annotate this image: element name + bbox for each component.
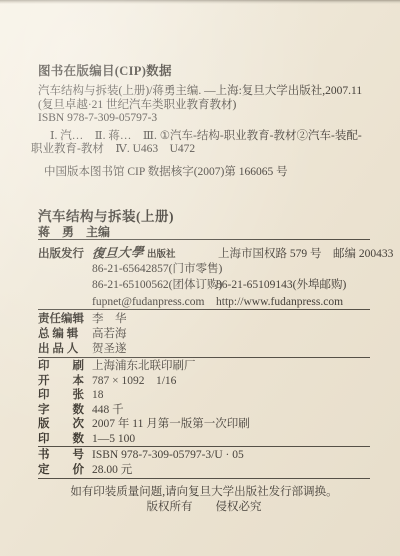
cip-entry-isbn: ISBN 978-7-309-05797-3 [38, 112, 370, 126]
footer: 如有印装质量问题,请向复旦大学出版社发行部调换。 版权所有 侵权必究 [38, 485, 370, 515]
staff-row: 总 编 辑高若海 [38, 327, 370, 342]
cip-entry-line2: (复旦卓越·21 世纪汽车类职业教育教材) [38, 99, 370, 113]
publisher-email: fupnet@fudanpress.com [92, 296, 204, 308]
divider [38, 309, 370, 310]
fudan-press-logo: 復旦大學 [91, 242, 144, 262]
isbn-row: 书 号ISBN 978-7-309-05797-3/U · 05 [38, 448, 370, 463]
staff-value: 李 华 [92, 313, 127, 325]
printing-row: 印 张18 [38, 388, 370, 403]
cip-record-number: 中国版本图书馆 CIP 数据核字(2007)第 166065 号 [44, 165, 370, 179]
price-value: 28.00 元 [92, 464, 132, 476]
printing-row: 字 数448 千 [38, 403, 370, 418]
printing-value: 18 [92, 389, 104, 401]
printing-value: 上海浦东北联印刷厂 [92, 360, 196, 372]
cip-entry-line1: 汽车结构与拆装(上册)/蒋勇主编. —上海:复旦大学出版社,2007.11 [38, 85, 370, 99]
printing-value: 1—5 100 [92, 433, 135, 445]
printing-label: 印 刷 [38, 359, 86, 374]
page-content: 图书在版编目(CIP)数据 汽车结构与拆装(上册)/蒋勇主编. —上海:复旦大学… [38, 0, 370, 515]
quality-notice: 如有印装质量问题,请向复旦大学出版社发行部调换。 [38, 485, 370, 500]
contact-line: fupnet@fudanpress.comhttp://www.fudanpre… [92, 295, 370, 310]
phone-mailorder: 86-21-65109143(外埠邮购) [216, 278, 346, 293]
publisher-website: http://www.fudanpress.com [216, 295, 343, 310]
publisher-label: 出版发行 [38, 245, 86, 261]
isbn-section: 书 号ISBN 978-7-309-05797-3/U · 05 定 价28.0… [38, 448, 370, 478]
phone-group: 86-21-65100562(团体订购) [92, 279, 222, 291]
staff-label: 出 品 人 [38, 342, 86, 357]
isbn-value: ISBN 978-7-309-05797-3/U · 05 [92, 449, 244, 461]
divider [38, 357, 370, 358]
cip-class-line1: Ⅰ. 汽… Ⅱ. 蒋… Ⅲ. ①汽车-结构-职业教育-教材②汽车-装配- [50, 130, 370, 144]
cip-classification: Ⅰ. 汽… Ⅱ. 蒋… Ⅲ. ①汽车-结构-职业教育-教材②汽车-装配- 职业教… [38, 130, 370, 157]
printing-label: 印 张 [38, 388, 86, 403]
divider [38, 446, 370, 447]
isbn-label: 书 号 [38, 448, 86, 463]
printing-label: 字 数 [38, 403, 86, 418]
book-author: 蒋 勇 主编 [38, 225, 370, 239]
printing-value: 787 × 1092 1/16 [92, 375, 176, 387]
publisher-row: 出版发行復旦大學出版社 上海市国权路 579 号 邮编 200433 [38, 243, 370, 260]
price-label: 定 价 [38, 463, 86, 478]
printing-row: 印 刷上海浦东北联印刷厂 [38, 359, 370, 374]
divider [38, 239, 370, 240]
book-copyright-page: 图书在版编目(CIP)数据 汽车结构与拆装(上册)/蒋勇主编. —上海:复旦大学… [0, 0, 400, 556]
cip-heading: 图书在版编目(CIP)数据 [38, 61, 370, 79]
printing-label: 印 数 [38, 432, 86, 447]
fudan-press-logo-suffix: 出版社 [147, 250, 176, 260]
copyright-notice: 版权所有 侵权必究 [38, 500, 370, 515]
staff-row: 出 品 人贺圣遂 [38, 342, 370, 357]
printing-row: 印 数1—5 100 [38, 432, 370, 447]
printing-value: 2007 年 11 月第一版第一次印刷 [92, 418, 250, 430]
staff-label: 总 编 辑 [38, 327, 86, 342]
phone-lines: 86-21-65100562(团体订购)86-21-65109143(外埠邮购) [92, 278, 370, 293]
cip-entry: 汽车结构与拆装(上册)/蒋勇主编. —上海:复旦大学出版社,2007.11 (复… [38, 85, 370, 126]
staff-value: 高若海 [92, 328, 127, 340]
staff-value: 贺圣遂 [92, 343, 127, 355]
price-row: 定 价28.00 元 [38, 463, 370, 478]
phone-retail: 86-21-65642857(门市零售) [92, 262, 370, 277]
printing-value: 448 千 [92, 404, 124, 416]
staff-section: 责任编辑李 华 总 编 辑高若海 出 品 人贺圣遂 [38, 312, 370, 357]
printing-section: 印 刷上海浦东北联印刷厂 开 本787 × 1092 1/16 印 张18 字 … [38, 359, 370, 446]
book-title: 汽车结构与拆装(上册) [38, 208, 370, 225]
printing-label: 开 本 [38, 374, 86, 389]
staff-label: 责任编辑 [38, 312, 86, 327]
printing-label: 版 次 [38, 417, 86, 432]
printing-row: 开 本787 × 1092 1/16 [38, 374, 370, 389]
divider [38, 478, 370, 479]
staff-row: 责任编辑李 华 [38, 312, 370, 327]
publisher-address: 上海市国权路 579 号 邮编 200433 [218, 245, 393, 261]
cip-class-line2: 职业教育-教材 Ⅳ. U463 U472 [31, 143, 370, 157]
printing-row: 版 次2007 年 11 月第一版第一次印刷 [38, 417, 370, 432]
